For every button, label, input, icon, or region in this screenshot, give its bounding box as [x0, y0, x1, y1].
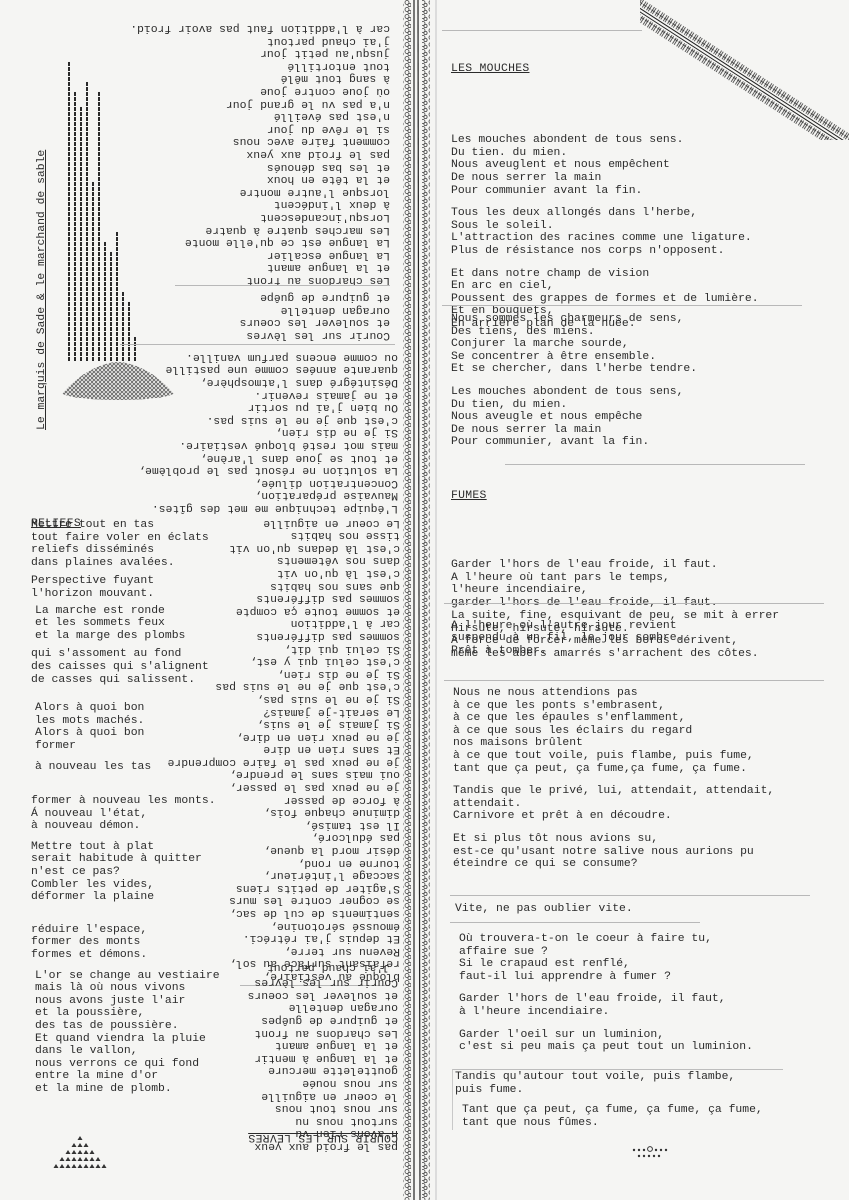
stanza: Garder l'oeil sur un luminion,c'est si p…: [459, 1029, 753, 1054]
line: dans le vallon,: [35, 1045, 220, 1058]
line: Tous les deux allongés dans l'herbe,: [451, 207, 759, 220]
line: Nous ne nous attendions pas: [453, 687, 774, 700]
stanza: former à nouveau les monts.Á nouveau l'é…: [31, 795, 220, 833]
line: Poussent des grappes de formes et de lum…: [451, 293, 759, 306]
line: Où trouvera-t-on le coeur à faire tu,: [459, 933, 753, 946]
line: et la langue à mentir: [222, 1051, 398, 1064]
line: Tandis que le privé, lui, attendait, att…: [453, 785, 774, 798]
line: formes et démons.: [31, 949, 220, 962]
line: Garder l'hors de l'eau froide, il faut,: [459, 993, 753, 1006]
line: nous avons juste l'air: [35, 995, 220, 1008]
line: attendait.: [453, 798, 774, 811]
line: à ce que les ponts s'embrasent,: [453, 700, 774, 713]
line: La langue est ce qu'elle monte: [100, 236, 390, 249]
line: Alors à quoi bon: [35, 702, 220, 715]
line: que sans nos habits: [200, 579, 400, 592]
line: c'est celui qui y est,: [200, 655, 400, 668]
line: l'horizon mouvant.: [31, 588, 220, 601]
line: et soulever les coeurs: [170, 316, 390, 329]
line: Des tiens, des miens.: [451, 326, 697, 339]
line: je ne peux pas le passer,: [200, 781, 400, 794]
line: j'ai chaud partout: [100, 34, 390, 47]
stanza: L'or se change au vestiairemais là où no…: [35, 970, 220, 1096]
line: même les abers amarrés s'arrachent des c…: [451, 648, 779, 661]
line: à nouveau démon.: [31, 820, 220, 833]
line: La suite, fine, esquivant de peu, se mit…: [451, 610, 779, 623]
line: et ne jamais revenir.: [98, 388, 398, 401]
line: c'est si peu mais ça peut tout un lumini…: [459, 1041, 753, 1054]
line: tourne en rond,: [200, 856, 400, 869]
poem-title: FUMES: [451, 490, 718, 503]
line: à ce que tout voile, puis flambe, puis f…: [453, 750, 774, 763]
center-divider-ornament: [396, 0, 438, 1200]
line: gouttelette mercure: [222, 1064, 398, 1077]
line: La solution ne résout pas le problème,: [98, 464, 398, 477]
line: Si le crapaud est renflé,: [459, 958, 753, 971]
stanza: Les mouches abondent de tous sens.Du tie…: [451, 134, 759, 197]
line: désir mord la queue,: [200, 843, 400, 856]
stanza: Les mouches abondent de tous sens.Du tie…: [451, 134, 759, 330]
line: Mauvaise préparation,: [98, 489, 398, 502]
line: saccage l'intérieur,: [200, 869, 400, 882]
line: quarante années comme une pastille: [98, 363, 398, 376]
stanza: Nous sommes les charmeurs de sens,Des ti…: [451, 313, 697, 376]
line: L'attraction des racines comme une ligat…: [451, 232, 759, 245]
line: de casses qui salissent.: [31, 674, 220, 687]
line: Les mouches abondent de tous sens.: [451, 134, 759, 147]
line: De nous serrer la main: [451, 172, 759, 185]
upside-down-bottom-title: COURIR SUR LES LEVRES: [222, 1152, 398, 1168]
line: Plus de résistance nos corps n'opposent.: [451, 245, 759, 258]
line: Si celui qui dit,: [200, 642, 400, 655]
line: c'est que je ne le suis pas.: [98, 413, 398, 426]
line: Si je ne le suis pas,: [200, 692, 400, 705]
line: S'agiter de petits riens: [200, 881, 400, 894]
line: Nous aveuglent et nous empêchent: [451, 159, 759, 172]
line: c'est là dedans qu'on vit: [200, 541, 400, 554]
upside-down-middle-block: L'équipe technique me met des gîtes.Mauv…: [98, 348, 398, 514]
line: déformer la plaine: [31, 891, 220, 904]
line: Et quand viendra la pluie: [35, 1033, 220, 1046]
clipping-rule: [442, 305, 802, 306]
line: Lorsqu'incandescent: [100, 210, 390, 223]
line: est-ce qu'usant notre salive nous aurion…: [453, 846, 774, 859]
poem-trouvera: Où trouvera-t-on le coeur à faire tu,aff…: [459, 933, 753, 1054]
clipping-rule: [444, 603, 824, 604]
line: je ne peux pas le faire comprendre: [200, 755, 400, 768]
line: Si je ne dis rien,: [200, 667, 400, 680]
line: Nous aveugle et nous empêche: [451, 411, 697, 424]
line: je ne peux rien en dire,: [200, 730, 400, 743]
line: sommes pas différents: [200, 629, 400, 642]
line: En arc en ciel,: [451, 280, 759, 293]
line: Si jamais je le suis,: [200, 718, 400, 731]
line: Hirsute, hirsute, hirsute.: [451, 623, 779, 636]
line: car à l'addition faut pas avoir froid.: [100, 22, 390, 35]
line: sentiments de cul de sac,: [200, 906, 400, 919]
poem-la-suite: La suite, fine, esquivant de peu, se mit…: [451, 610, 779, 660]
line: sommes pas différents: [200, 592, 400, 605]
line: à l'heure incendiaire.: [459, 1006, 753, 1019]
line: et la langue amant: [100, 261, 390, 274]
poem-title: LES MOUCHES: [451, 63, 759, 76]
bar-stroke: [92, 182, 94, 362]
line: lorsque l'autre montre: [100, 185, 390, 198]
stanza: Perspective fuyantl'horizon mouvant.: [31, 575, 220, 600]
line: émoussé sérotonine,: [200, 919, 400, 932]
upside-down-lower-block: bloqué au vestiaire,refaisant surface au…: [200, 514, 400, 982]
line: à force de passer: [200, 793, 400, 806]
line: et guipure de guêpes: [222, 1013, 398, 1026]
line: Alors à quoi bon: [35, 727, 220, 740]
stanza: réduire l'espace,former des montsformes …: [31, 924, 220, 962]
line: l'heure incendiaire,: [451, 584, 718, 597]
line: et soulever les coeurs: [222, 988, 398, 1001]
line: dans plaines avalées.: [31, 557, 220, 570]
line: à ce que les épaules s'enflamment,: [453, 712, 774, 725]
line: Désintégré dans l'atmosphère,: [98, 375, 398, 388]
line: A l'heure où tant pars le temps,: [451, 572, 718, 585]
bar-stroke: [74, 92, 76, 362]
line: tant que ça peut, ça fume,ça fume, ça fu…: [453, 763, 774, 776]
stanza: Mettre tout en tastout faire voler en éc…: [31, 519, 220, 569]
line: c'est là qu'on vit: [200, 566, 400, 579]
line: tant que nous fûmes.: [462, 1117, 763, 1130]
line: Les chardons au front: [222, 1026, 398, 1039]
line: Courir sur les lèvres: [222, 976, 398, 989]
stanza: Et si plus tôt nous avions su,est-ce qu'…: [453, 833, 774, 871]
upside-down-top-block: Les chardons au frontet la langue amantL…: [100, 20, 390, 286]
poem-attendions: Nous ne nous attendions pasà ce que les …: [453, 687, 774, 871]
stanza: Où trouvera-t-on le coeur à faire tu,aff…: [459, 933, 753, 983]
stanza: qui s'assoment au fonddes caisses qui s'…: [31, 648, 220, 686]
line: reliefs disséminés: [31, 544, 220, 557]
line: et les sommets feux: [35, 617, 220, 630]
scanned-page: Le marquis de Sade & le marchand de sabl…: [0, 0, 849, 1200]
stanza: Garder l'hors de l'eau froide, il faut.A…: [451, 559, 718, 609]
line: puis fume.: [455, 1084, 735, 1097]
poem-charmeurs: Nous sommes les charmeurs de sens,Des ti…: [451, 313, 697, 449]
line: les mots machés.: [35, 715, 220, 728]
line-vite: Vite, ne pas oublier vite.: [455, 903, 633, 916]
line: diminue chaque fois,: [200, 806, 400, 819]
poem-title: COURIR SUR LES LEVRES: [222, 1130, 398, 1143]
stanza: Les mouches abondent de tous sens,Du tie…: [451, 386, 697, 449]
clipping-rule: [450, 895, 810, 896]
line: jusqu'au petit jour: [100, 47, 390, 60]
line: et tout se joue dans l'arène,: [98, 451, 398, 464]
line: Et se chercher, dans l'herbe tendre.: [451, 363, 697, 376]
line: Conjurer la marche sourde,: [451, 338, 697, 351]
line: si le rêve du jour: [100, 122, 390, 135]
line: Nous sommes les charmeurs de sens,: [451, 313, 697, 326]
stanza: Tous les deux allongés dans l'herbe,Sous…: [451, 207, 759, 257]
line: n'est pas éveillé: [100, 110, 390, 123]
line: entre la mine d'or: [35, 1070, 220, 1083]
line: Tant que ça peut, ça fume, ça fume, ça f…: [462, 1104, 763, 1117]
line: tout faire voler en éclats: [31, 532, 220, 545]
line: Il est tamisé,: [200, 818, 400, 831]
line: affaire sue ?: [459, 946, 753, 959]
clipping-rule: [442, 30, 642, 31]
line: comment faire avec nous: [100, 135, 390, 148]
line: nous verrons ce qui fond: [35, 1058, 220, 1071]
line: Le serait-je jamais?: [200, 705, 400, 718]
bar-stroke: [68, 62, 70, 362]
line: Le coeur en aiguille: [200, 516, 400, 529]
clipping-rule: [450, 922, 700, 923]
line: Sous le soleil.: [451, 220, 759, 233]
line: à ce que sous les éclairs du regard: [453, 725, 774, 738]
line: et la langue amant: [222, 1039, 398, 1052]
dots-ornament: [628, 1145, 688, 1161]
bar-stroke: [86, 82, 88, 362]
line: Á nouveau l'état,: [31, 808, 220, 821]
line: et la tête en houx: [100, 173, 390, 186]
line: nos maisons brûlent: [453, 737, 774, 750]
vertical-title: Le marquis de Sade & le marchand de sabl…: [36, 150, 49, 430]
line: Les marches quatre à quatre: [100, 223, 390, 236]
pyramid-ornament: [40, 1130, 120, 1170]
line: réduire l'espace,: [31, 924, 220, 937]
line: Du tien, du mien.: [451, 399, 697, 412]
line: Pour communier avant la fin.: [451, 185, 759, 198]
line: Si je ne dis rien,: [98, 426, 398, 439]
bar-stroke: [80, 107, 82, 362]
line: Les mouches abondent de tous sens,: [451, 386, 697, 399]
line: dans nos vêtements: [200, 554, 400, 567]
poem-les-mouches: LES MOUCHES Les mouches abondent de tous…: [451, 38, 759, 356]
line: former: [35, 740, 220, 753]
line: pas édulcoré,: [200, 831, 400, 844]
line: ouragan dentelle: [222, 1001, 398, 1014]
line: Garder l'hors de l'eau froide, il faut.: [451, 559, 718, 572]
line: La marche est ronde: [35, 605, 220, 618]
line: et la poussière,: [35, 1007, 220, 1020]
line: Mettre tout en tas: [31, 519, 220, 532]
stanza: La marche est rondeet les sommets feuxet…: [35, 605, 220, 643]
line: Concentration diluée,: [98, 476, 398, 489]
line: ouragan dentelle: [170, 303, 390, 316]
line: et la mine de plomb.: [35, 1083, 220, 1096]
line: à sang tout mêlé: [100, 72, 390, 85]
line: éteindre ce qui se consume?: [453, 858, 774, 871]
stanza: Garder l'hors de l'eau froide, il faut,à…: [459, 993, 753, 1018]
line: des caisses qui s'alignent: [31, 661, 220, 674]
line: et les bas dénoués: [100, 160, 390, 173]
line: Carnivore et prêt à en découdre.: [453, 810, 774, 823]
poem-reliefs-body: Mettre tout en tastout faire voler en éc…: [31, 519, 220, 1096]
line: car à l'addition: [200, 617, 400, 630]
poem-tant: Tant que ça peut, ça fume, ça fume, ça f…: [462, 1104, 763, 1129]
line: Ou bien j'ai pu sortir: [98, 401, 398, 414]
line: et guipure de guêpe: [170, 291, 390, 304]
line: faut-il lui apprendre à fumer ?: [459, 971, 753, 984]
line: La langue escalier: [100, 248, 390, 261]
line: n'a pas vu le grand jour: [100, 97, 390, 110]
stanza: Tandis que le privé, lui, attendait, att…: [453, 785, 774, 823]
line: où joue contre joue: [100, 85, 390, 98]
line: Mettre tout à plat: [31, 841, 220, 854]
line: Courir sur les lèvres: [170, 328, 390, 341]
line: J'ai chaud partout: [240, 960, 390, 973]
line: former des monts: [31, 936, 220, 949]
line: L'or se change au vestiaire: [35, 970, 220, 983]
line: Garder l'oeil sur un luminion,: [459, 1029, 753, 1042]
line: Perspective fuyant: [31, 575, 220, 588]
line: Et si plus tôt nous avions su,: [453, 833, 774, 846]
line: Du tien. du mien.: [451, 147, 759, 160]
line: serait habitude à quitter: [31, 853, 220, 866]
poem-tandis: Tandis qu'autour tout voile, puis flambe…: [455, 1071, 735, 1096]
line: se cogner contre les murs: [200, 894, 400, 907]
line: Et sans rien en dire: [200, 743, 400, 756]
stanza: Nous ne nous attendions pasà ce que les …: [453, 687, 774, 775]
clipping-rule: [444, 680, 824, 681]
line: Tandis qu'autour tout voile, puis flambe…: [455, 1071, 735, 1084]
line: tisse nos habits: [200, 529, 400, 542]
line: c'est que je ne le suis pas: [200, 680, 400, 693]
upside-down-courir-block: Courir sur les lèvreset soulever les coe…: [170, 287, 390, 341]
stanza: Mettre tout à platserait habitude à quit…: [31, 841, 220, 904]
line: n'est ce pas?: [31, 866, 220, 879]
line: Pour communier, avant la fin.: [451, 436, 697, 449]
line: à deux l'indécent: [100, 198, 390, 211]
line: mais là où nous vivons: [35, 982, 220, 995]
line: et la marge des plombs: [35, 630, 220, 643]
line: L'équipe technique me met des gîtes.: [98, 501, 398, 514]
line: De nous serrer la main: [451, 424, 697, 437]
line: tout entortillé: [100, 59, 390, 72]
line: qui s'assoment au fond: [31, 648, 220, 661]
line: Combler les vides,: [31, 879, 220, 892]
line: des tas de poussière.: [35, 1020, 220, 1033]
line: le coeur en aiguille: [222, 1089, 398, 1102]
line: mais mot resté bloqué vestiaire.: [98, 438, 398, 451]
stanza: Alors à quoi bonles mots machés.Alors à …: [35, 702, 220, 752]
clipping-rule: [175, 285, 390, 286]
clipping-rule: [120, 344, 395, 345]
line: former à nouveau les monts.: [31, 795, 220, 808]
line: oui mais sans le prendre,: [200, 768, 400, 781]
line: ou comme encens parfum vanille.: [98, 350, 398, 363]
line: A force de forcer même les bords dériven…: [451, 635, 779, 648]
line: pas le froid aux yeux: [100, 147, 390, 160]
line: Se concentrer à être ensemble.: [451, 351, 697, 364]
line: sur nous nouée: [222, 1076, 398, 1089]
line: Et dans notre champ de vision: [451, 268, 759, 281]
line: et somme toute ça compte: [200, 604, 400, 617]
